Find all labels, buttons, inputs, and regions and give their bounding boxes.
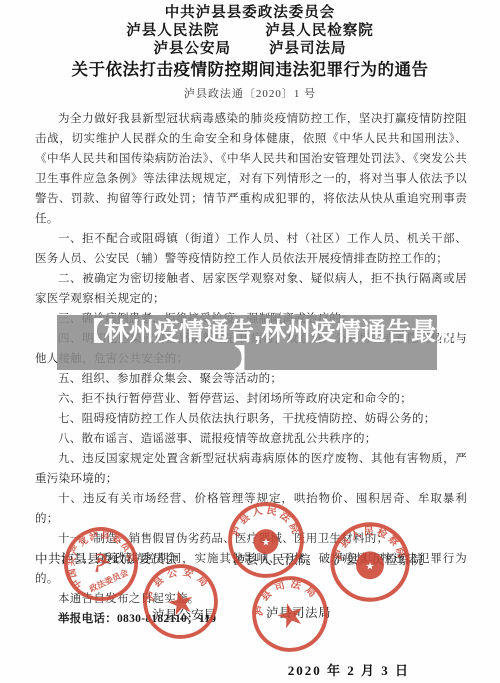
document-page: 中共泸县县委政法委员会 泸县人民法院泸县人民检察院 泸县公安局泸县司法局 关于依… — [0, 0, 500, 683]
list-item: 八、散布谣言、造谣滋事、谎报疫情等故意扰乱公共秩序的； — [35, 429, 467, 449]
document-header: 中共泸县县委政法委员会 泸县人民法院泸县人民检察院 泸县公安局泸县司法局 关于依… — [0, 0, 500, 101]
national-emblem-icon: ★ — [254, 529, 279, 554]
star-icon: ★ — [163, 582, 199, 623]
watermark-text: 【林州疫情通告,林州疫情通告最新 — [57, 315, 437, 348]
seal-court: 泸县人民法院 ★ — [227, 501, 305, 579]
page-title: 关于依法打击疫情防控期间违法犯罪行为的通告 — [0, 59, 500, 81]
issuing-agency-procuratorate: 泸县人民检察院 — [265, 23, 374, 39]
issuing-agency-police: 泸县公安局 — [154, 41, 232, 57]
document-number: 泸县政法通〔2020〕1 号 — [0, 87, 500, 101]
issuing-agency-justice: 泸县司法局 — [269, 41, 347, 57]
issuing-agency-row-2: 泸县人民法院泸县人民检察院 — [0, 22, 500, 40]
list-item: 七、阻碍疫情防控工作人员依法执行职务，干扰疫情防控、妨碍公务的； — [35, 409, 467, 429]
watermark-text-bracket: 】 — [57, 348, 437, 370]
official-seal-icon: 泸县人民检察院 ★ — [329, 521, 411, 603]
official-seal-icon: 泸县人民法院 ★ — [227, 501, 305, 579]
list-item: 二、被确定为密切接触者、居家医学观察对象、疑似病人，拒不执行隔离或居家医学观察相… — [35, 269, 467, 309]
list-item: 一、拒不配合或阻碍镇（街道）工作人员、村（社区）工作人员、机关干部、医务人员、公… — [35, 229, 467, 269]
seal-police: 泸县公安局 ★ — [135, 556, 226, 647]
star-icon: ★ — [272, 595, 310, 638]
national-emblem-icon: ★ — [356, 551, 384, 579]
list-item: 九、违反国家规定处置含新型冠状病毒病原体的医疗废物、其他有害物质，严重污染环境的… — [35, 449, 467, 489]
svg-text:★: ★ — [261, 537, 270, 548]
svg-text:★: ★ — [365, 561, 375, 572]
issuing-agency-1: 中共泸县县委政法委员会 — [0, 4, 500, 22]
hammer-sickle-icon: ☭ — [86, 547, 115, 578]
list-item: 六、拒不执行暂停营业、暂停营运、封闭场所等政府决定和命令的； — [35, 389, 467, 409]
seal-procuratorate: 泸县人民检察院 ★ — [329, 521, 411, 603]
issue-date: 2020 年 2 月 3 日 — [288, 660, 410, 679]
watermark-overlay: 【林州疫情通告,林州疫情通告最新 】 — [57, 315, 437, 370]
issuing-agency-row-3: 泸县公安局泸县司法局 — [0, 40, 500, 58]
issuing-agency-court: 泸县人民法院 — [126, 23, 219, 39]
intro-paragraph: 为全力做好我县新型冠状病毒感染的肺炎疫情防控工作，坚决打赢疫情防控阻击战，切实维… — [35, 109, 467, 229]
official-seal-icon: 泸县公安局 ★ — [135, 556, 226, 647]
